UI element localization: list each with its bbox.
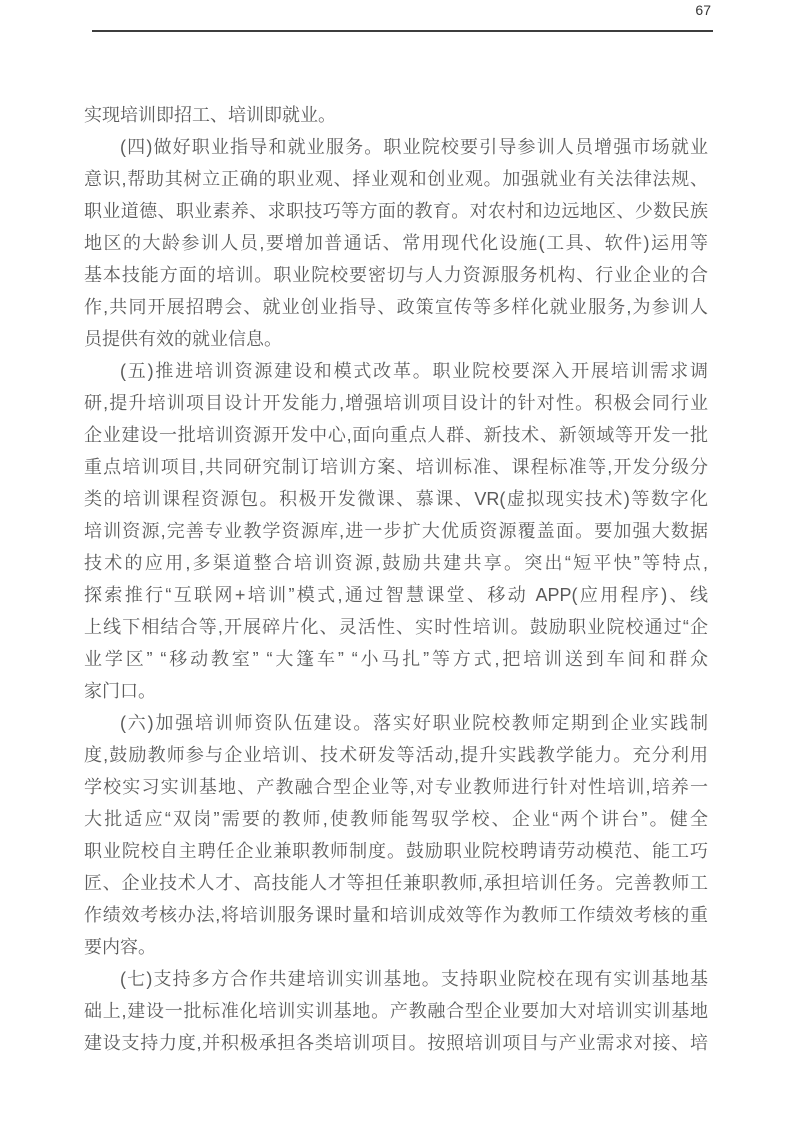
text-line: (七)支持多方合作共建培训实训基地。支持职业院校在现有实训基地基 <box>84 963 708 995</box>
text-line: 匠、企业技术人才、高技能人才等担任兼职教师,承担培训任务。完善教师工 <box>84 867 708 899</box>
text-line: 员提供有效的就业信息。 <box>84 323 708 355</box>
text-line: (四)做好职业指导和就业服务。职业院校要引导参训人员增强市场就业 <box>84 131 708 163</box>
text-line: 家门口。 <box>84 675 708 707</box>
text-line: 职业院校自主聘任企业兼职教师制度。鼓励职业院校聘请劳动模范、能工巧 <box>84 835 708 867</box>
page-number: 67 <box>695 2 711 18</box>
paragraph-item-4: (四)做好职业指导和就业服务。职业院校要引导参训人员增强市场就业 意识,帮助其树… <box>84 131 708 355</box>
text-line: 企业建设一批培训资源开发中心,面向重点人群、新技术、新领域等开发一批 <box>84 419 708 451</box>
text-line: (六)加强培训师资队伍建设。落实好职业院校教师定期到企业实践制 <box>84 707 708 739</box>
text-line: 大批适应“双岗”需要的教师,使教师能驾驭学校、企业“两个讲台”。健全 <box>84 803 708 835</box>
paragraph-item-6: (六)加强培训师资队伍建设。落实好职业院校教师定期到企业实践制 度,鼓励教师参与… <box>84 707 708 963</box>
text-line: 意识,帮助其树立正确的职业观、择业观和创业观。加强就业有关法律法规、 <box>84 163 708 195</box>
paragraph-item-7: (七)支持多方合作共建培训实训基地。支持职业院校在现有实训基地基 础上,建设一批… <box>84 963 708 1059</box>
text-line: 业学区” “移动教室” “大篷车” “小马扎”等方式,把培训送到车间和群众 <box>84 643 708 675</box>
text-line: 地区的大龄参训人员,要增加普通话、常用现代化设施(工具、软件)运用等 <box>84 227 708 259</box>
text-line: 要内容。 <box>84 931 708 963</box>
text-line: 学校实习实训基地、产教融合型企业等,对专业教师进行针对性培训,培养一 <box>84 771 708 803</box>
text-line: 建设支持力度,并积极承担各类培训项目。按照培训项目与产业需求对接、培 <box>84 1027 708 1059</box>
text-line: 础上,建设一批标准化培训实训基地。产教融合型企业要加大对培训实训基地 <box>84 995 708 1027</box>
page-body: 实现培训即招工、培训即就业。 (四)做好职业指导和就业服务。职业院校要引导参训人… <box>84 99 708 1059</box>
text-line: 作,共同开展招聘会、就业创业指导、政策宣传等多样化就业服务,为参训人 <box>84 291 708 323</box>
text-line: (五)推进培训资源建设和模式改革。职业院校要深入开展培训需求调 <box>84 355 708 387</box>
text-line: 重点培训项目,共同研究制订培训方案、培训标准、课程标准等,开发分级分 <box>84 451 708 483</box>
text-line: 实现培训即招工、培训即就业。 <box>84 99 708 131</box>
text-line: 上线下相结合等,开展碎片化、灵活性、实时性培训。鼓励职业院校通过“企 <box>84 611 708 643</box>
text-line: 度,鼓励教师参与企业培训、技术研发等活动,提升实践教学能力。充分利用 <box>84 739 708 771</box>
header-divider <box>92 30 713 32</box>
text-line: 作绩效考核办法,将培训服务课时量和培训成效等作为教师工作绩效考核的重 <box>84 899 708 931</box>
text-line: 探索推行“互联网+培训”模式,通过智慧课堂、移动 APP(应用程序)、线 <box>84 579 708 611</box>
text-line: 研,提升培训项目设计开发能力,增强培训项目设计的针对性。积极会同行业 <box>84 387 708 419</box>
text-line: 基本技能方面的培训。职业院校要密切与人力资源服务机构、行业企业的合 <box>84 259 708 291</box>
text-line: 类的培训课程资源包。积极开发微课、慕课、VR(虚拟现实技术)等数字化 <box>84 483 708 515</box>
text-line: 技术的应用,多渠道整合培训资源,鼓励共建共享。突出“短平快”等特点, <box>84 547 708 579</box>
text-line: 培训资源,完善专业教学资源库,进一步扩大优质资源覆盖面。要加强大数据 <box>84 515 708 547</box>
document-page: 67 实现培训即招工、培训即就业。 (四)做好职业指导和就业服务。职业院校要引导… <box>0 0 793 1122</box>
text-line: 职业道德、职业素养、求职技巧等方面的教育。对农村和边远地区、少数民族 <box>84 195 708 227</box>
paragraph-item-5: (五)推进培训资源建设和模式改革。职业院校要深入开展培训需求调 研,提升培训项目… <box>84 355 708 707</box>
paragraph-continued: 实现培训即招工、培训即就业。 <box>84 99 708 131</box>
